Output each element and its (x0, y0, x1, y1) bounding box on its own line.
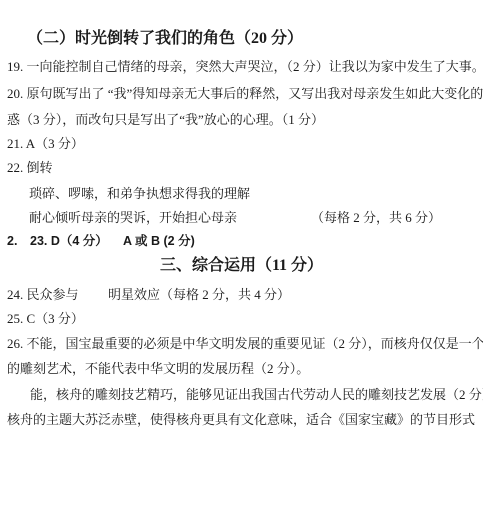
part3-heading: 三、综合运用（11 分） (0, 257, 483, 275)
answer-line-q25: 25. C（3 分） (7, 311, 84, 327)
answer-line-q21: 21. A（3 分） (7, 136, 84, 152)
answer-line-q26-no-line1: 26. 不能，国宝最重要的必须是中华文明发展的重要见证（2 分），而核舟仅仅是一… (7, 336, 483, 352)
answer-line-q19: 19. 一向能控制自己情绪的母亲，突然大声哭泣，（2 分）让我以为家中发生了大事… (7, 59, 483, 75)
q23-list-number: 2. (7, 233, 17, 249)
answer-line-q24-blank2: 明星效应（每格 2 分，共 4 分） (108, 287, 290, 303)
answer-line-q24-blank1: 24. 民众参与 (7, 287, 79, 303)
answer-line-q23: 23. D（4 分） (30, 233, 108, 249)
answer-line-q20-line1: 20. 原句既写出了 “我”得知母亲无大事后的释然，又写出我对母亲发生如此大变化… (7, 86, 483, 102)
document-page: （二）时光倒转了我们的角色（20 分） 19. 一向能控制自己情绪的母亲，突然大… (0, 0, 483, 516)
answer-line-q22-blank1: 22. 倒转 (7, 160, 53, 176)
answer-line-q26-yes-line1: 能，核舟的雕刻技艺精巧，能够见证出我国古代劳动人民的雕刻技艺发展（2 分），同时 (30, 387, 483, 403)
q22-score-note: （每格 2 分，共 6 分） (311, 210, 441, 226)
part2-heading: （二）时光倒转了我们的角色（20 分） (27, 30, 303, 48)
answer-line-q22-blank3: 耐心倾听母亲的哭诉，开始担心母亲 (29, 210, 237, 226)
answer-line-q20-line2: 惑（3 分），而改句只是写出了“我”放心的心理。（1 分） (7, 112, 324, 128)
answer-line-q22-blank2: 琐碎、啰嗦，和弟争执想求得我的理解 (29, 186, 250, 202)
answer-line-q26-yes-line2: 核舟的主题大苏泛赤壁，使得核舟更具有文化意味，适合《国家宝藏》的节目形式（2 分… (7, 412, 483, 428)
q23-alt-answer: A 或 B (2 分) (123, 233, 195, 249)
answer-line-q26-no-line2: 的雕刻艺术，不能代表中华文明的发展历程（2 分）。 (7, 361, 309, 377)
